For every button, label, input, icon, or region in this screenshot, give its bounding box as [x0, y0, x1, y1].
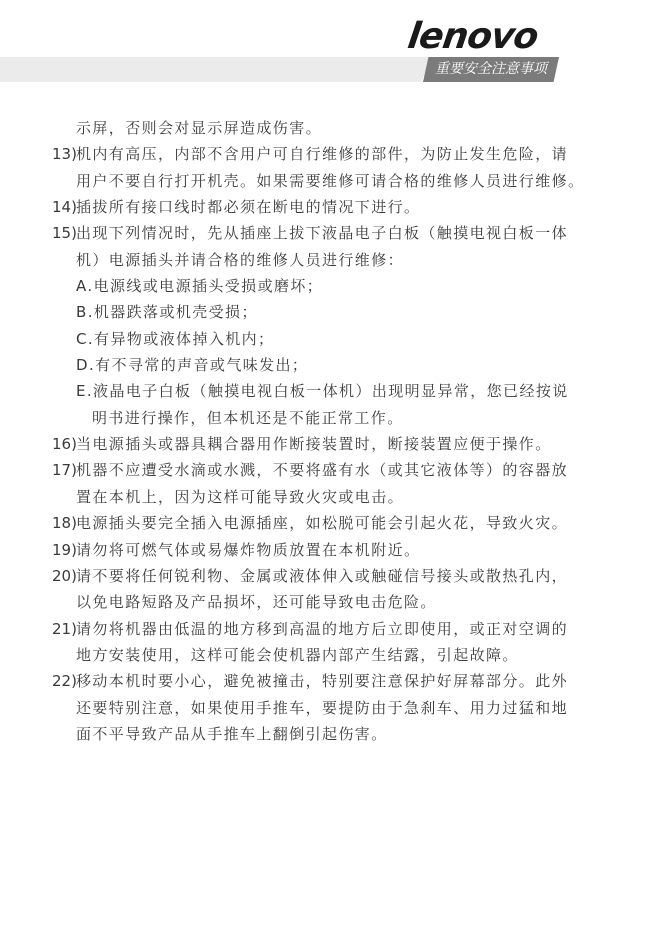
header-band: [0, 57, 432, 82]
item-text: 用户不要自行打开机壳。如果需要维修可请合格的维修人员进行维修。: [76, 172, 584, 190]
item-text: 请勿将可燃气体或易爆炸物质放置在本机附近。: [76, 541, 420, 559]
item-text: 以免电路短路及产品损坏，还可能导致电击危险。: [76, 593, 437, 611]
item-text: D.有不寻常的声音或气味发出；: [76, 356, 308, 374]
item-text: 当电源插头或器具耦合器用作断接装置时，断接装置应便于操作。: [76, 435, 552, 453]
item-text: 面不平导致产品从手推车上翻倒引起伤害。: [76, 725, 388, 743]
safety-instructions: 示屏，否则会对显示屏造成伤害。13)机内有高压，内部不含用户可自行维修的部件，为…: [52, 115, 622, 747]
list-item: 16)当电源插头或器具耦合器用作断接装置时，断接装置应便于操作。: [52, 431, 622, 457]
item-text: 机）电源插头并请合格的维修人员进行维修：: [76, 251, 404, 269]
list-item: 15)出现下列情况时，先从插座上拔下液晶电子白板（触摸电视白板一体: [52, 220, 622, 246]
list-item: 20)请不要将任何锐利物、金属或液体伸入或触碰信号接头或散热孔内，: [52, 563, 622, 589]
item-text: C.有异物或液体掉入机内；: [76, 330, 274, 348]
list-item-continuation: 地方安装使用，这样可能会使机器内部产生结露，引起故障。: [52, 642, 622, 668]
item-text: 插拔所有接口线时都必须在断电的情况下进行。: [76, 198, 420, 216]
item-text: 示屏，否则会对显示屏造成伤害。: [76, 119, 322, 137]
list-item-continuation: 明书进行操作，但本机还是不能正常工作。: [52, 405, 622, 431]
item-text: 机内有高压，内部不含用户可自行维修的部件，为防止发生危险，请: [76, 145, 568, 163]
item-number: 14): [52, 194, 76, 220]
item-number: 16): [52, 431, 76, 457]
list-item-continuation: 面不平导致产品从手推车上翻倒引起伤害。: [52, 721, 622, 747]
list-item-continuation: 用户不要自行打开机壳。如果需要维修可请合格的维修人员进行维修。: [52, 168, 622, 194]
list-item-continuation: 还要特别注意，如果使用手推车，要提防由于急刹车、用力过猛和地: [52, 695, 622, 721]
list-item: 21)请勿将机器由低温的地方移到高温的地方后立即使用，或正对空调的: [52, 616, 622, 642]
list-item-continuation: B.机器跌落或机壳受损；: [52, 299, 622, 325]
item-text: 明书进行操作，但本机还是不能正常工作。: [92, 409, 404, 427]
list-item: 17)机器不应遭受水滴或水溅，不要将盛有水（或其它液体等）的容器放: [52, 457, 622, 483]
item-text: 出现下列情况时，先从插座上拔下液晶电子白板（触摸电视白板一体: [76, 224, 568, 242]
lenovo-logo: lenovo: [406, 20, 563, 54]
item-number: 17): [52, 457, 76, 483]
list-item-continuation: C.有异物或液体掉入机内；: [52, 326, 622, 352]
list-item: 18)电源插头要完全插入电源插座，如松脱可能会引起火花，导致火灾。: [52, 510, 622, 536]
list-item-continuation: 以免电路短路及产品损坏，还可能导致电击危险。: [52, 589, 622, 615]
item-text: 电源插头要完全插入电源插座，如松脱可能会引起火花，导致火灾。: [76, 514, 568, 532]
item-text: 请勿将机器由低温的地方移到高温的地方后立即使用，或正对空调的: [76, 620, 568, 638]
item-number: 21): [52, 616, 76, 642]
item-text: 机器不应遭受水滴或水溅，不要将盛有水（或其它液体等）的容器放: [76, 461, 568, 479]
item-text: E.液晶电子白板（触摸电视白板一体机）出现明显异常，您已经按说: [76, 382, 569, 400]
list-item-continuation: 置在本机上，因为这样可能导致火灾或电击。: [52, 484, 622, 510]
item-text: 地方安装使用，这样可能会使机器内部产生结露，引起故障。: [76, 646, 519, 664]
list-item: 14)插拔所有接口线时都必须在断电的情况下进行。: [52, 194, 622, 220]
item-text: 置在本机上，因为这样可能导致火灾或电击。: [76, 488, 404, 506]
section-label: 重要安全注意事项: [423, 57, 559, 82]
list-item: 22)移动本机时要小心，避免被撞击，特别要注意保护好屏幕部分。此外: [52, 668, 622, 694]
item-number: 20): [52, 563, 76, 589]
list-item-continuation: 机）电源插头并请合格的维修人员进行维修：: [52, 247, 622, 273]
item-number: 22): [52, 668, 76, 694]
item-number: 18): [52, 510, 76, 536]
list-item: 19)请勿将可燃气体或易爆炸物质放置在本机附近。: [52, 537, 622, 563]
list-item-continuation: A.电源线或电源插头受损或磨坏；: [52, 273, 622, 299]
item-text: A.电源线或电源插头受损或磨坏；: [76, 277, 323, 295]
item-number: 15): [52, 220, 76, 246]
item-text: 移动本机时要小心，避免被撞击，特别要注意保护好屏幕部分。此外: [76, 672, 568, 690]
item-text: 请不要将任何锐利物、金属或液体伸入或触碰信号接头或散热孔内，: [76, 567, 568, 585]
item-text: B.机器跌落或机壳受损；: [76, 303, 258, 321]
list-item: 13)机内有高压，内部不含用户可自行维修的部件，为防止发生危险，请: [52, 141, 622, 167]
item-number: 19): [52, 537, 76, 563]
list-item-continuation: 示屏，否则会对显示屏造成伤害。: [52, 115, 622, 141]
list-item-continuation: E.液晶电子白板（触摸电视白板一体机）出现明显异常，您已经按说: [52, 378, 622, 404]
item-number: 13): [52, 141, 76, 167]
item-text: 还要特别注意，如果使用手推车，要提防由于急刹车、用力过猛和地: [76, 699, 568, 717]
list-item-continuation: D.有不寻常的声音或气味发出；: [52, 352, 622, 378]
